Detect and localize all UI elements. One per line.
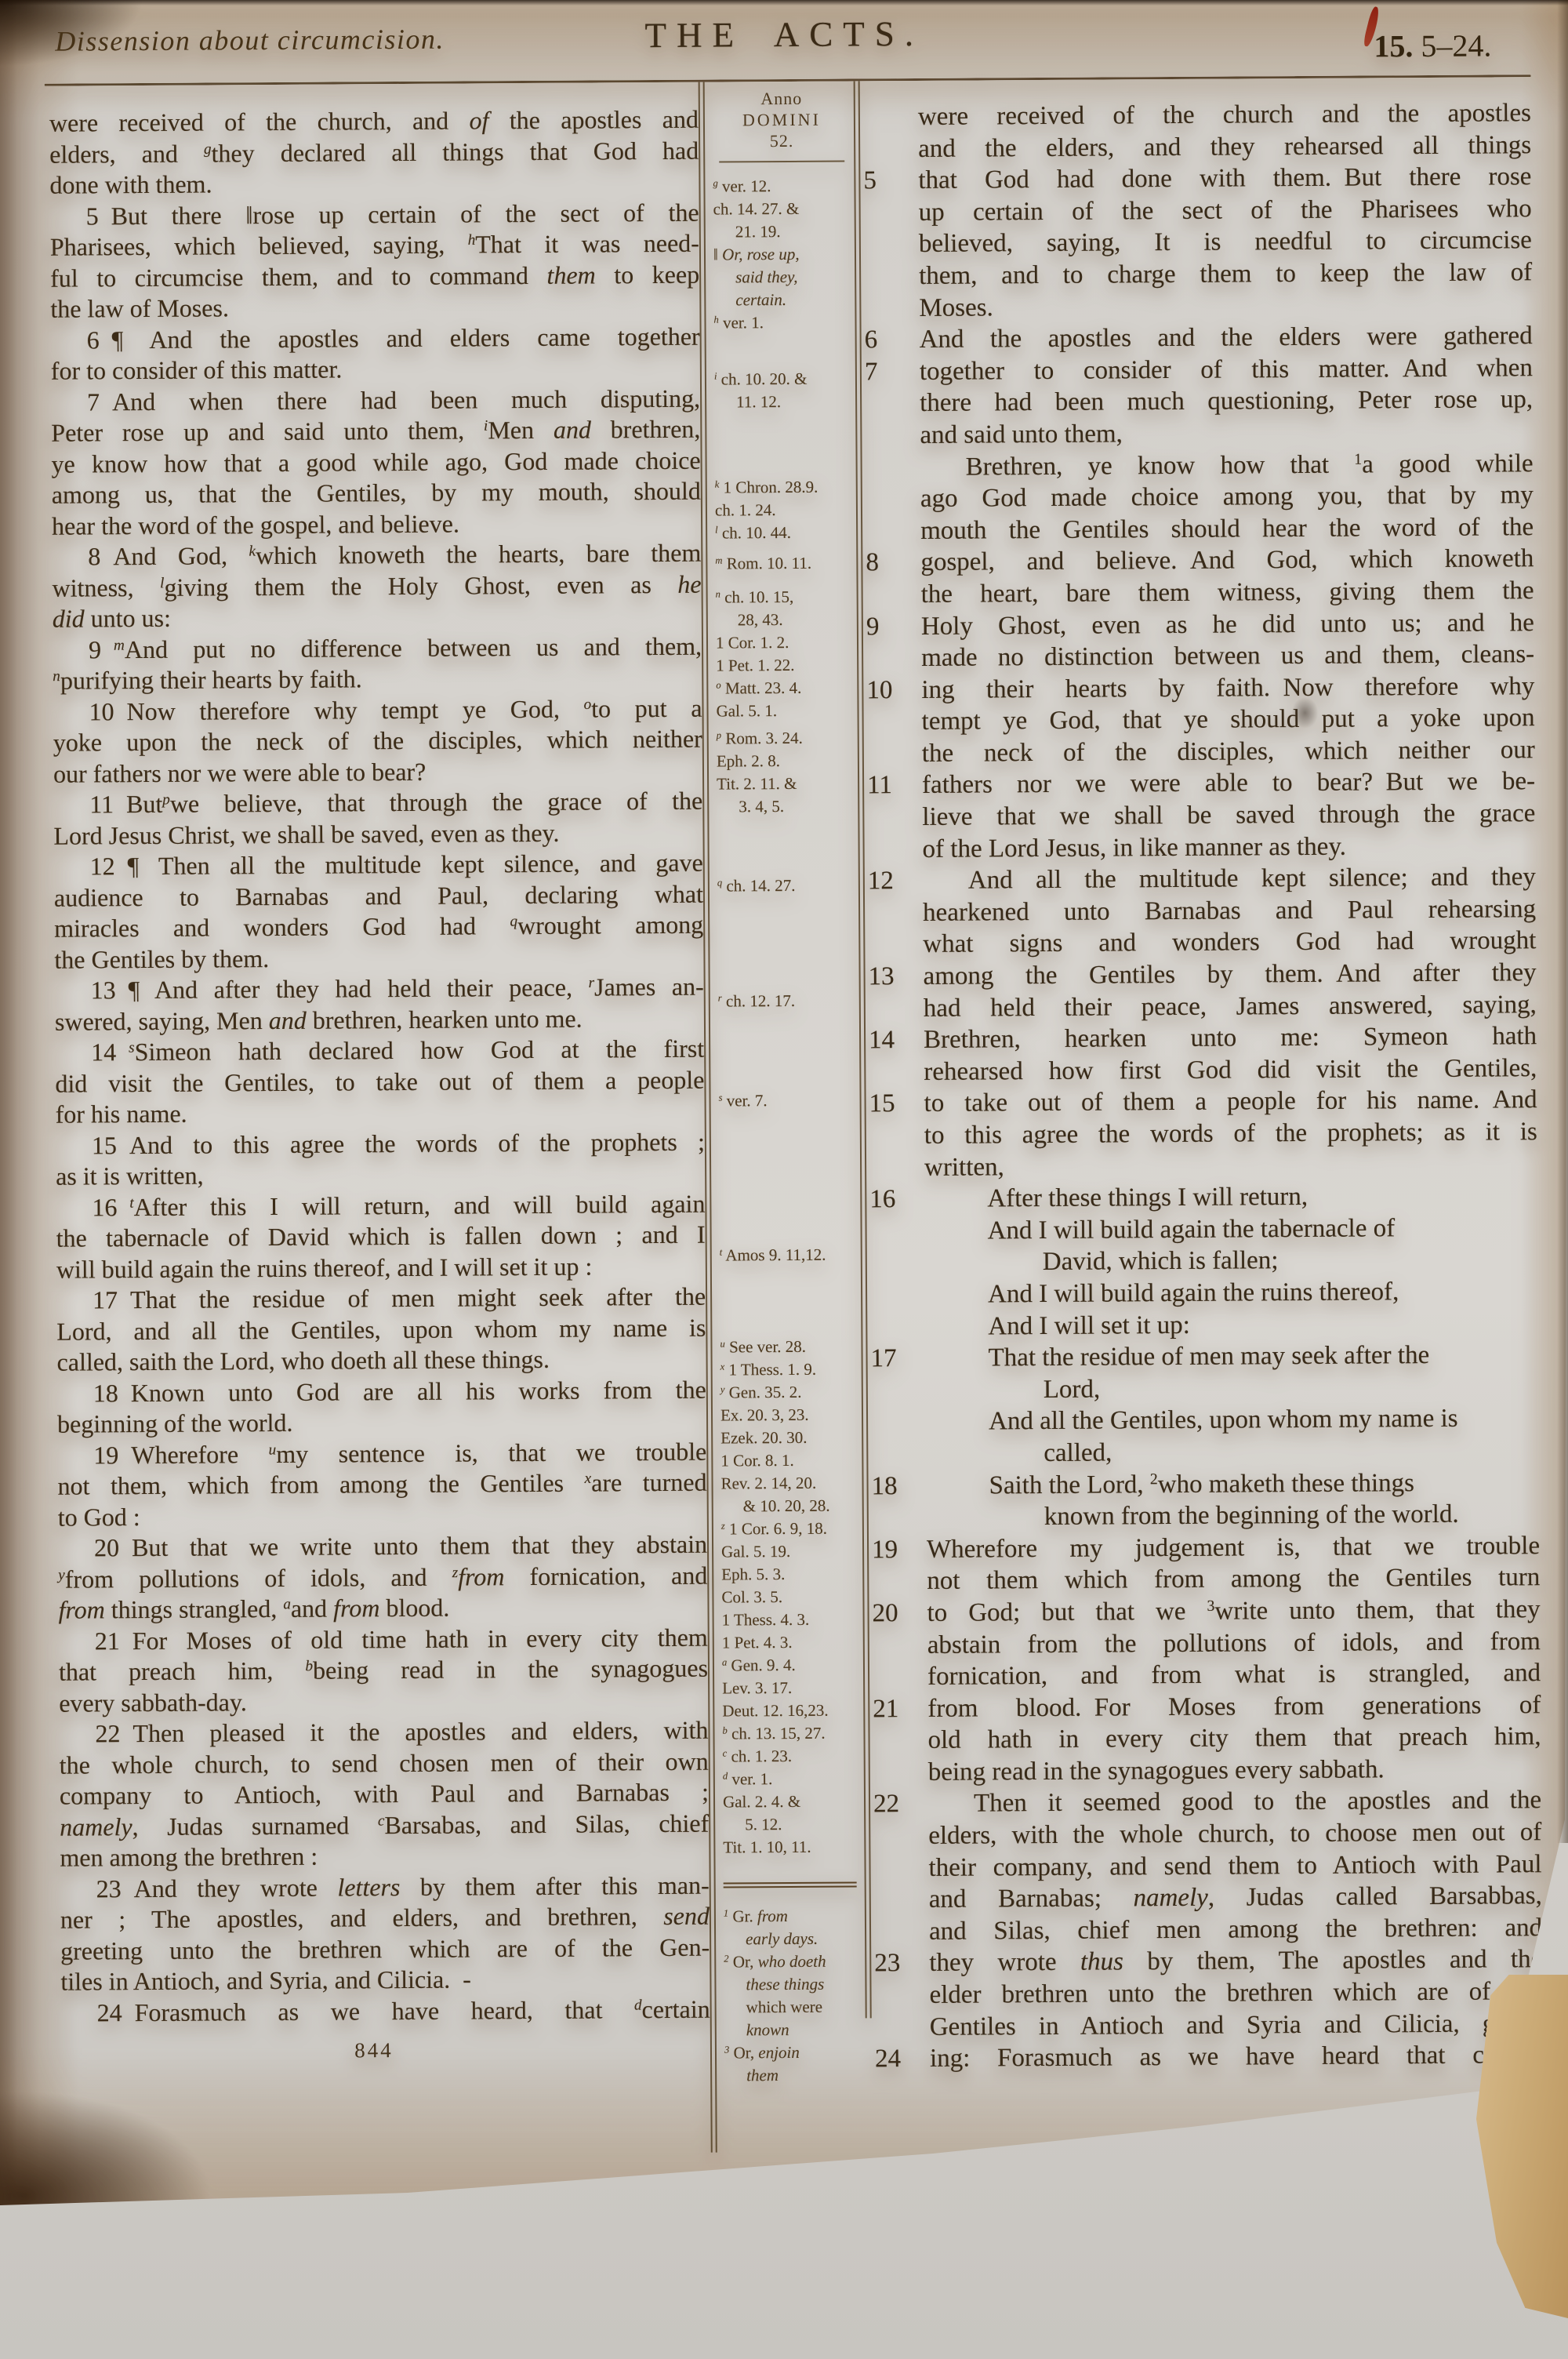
kjv-line-text: the tabernacle of David which is fallen … <box>56 1220 706 1252</box>
page-title: THE ACTS. <box>0 9 1568 60</box>
rv-line-text: Gentiles in Antioch and Syria and Cilici… <box>930 2009 1543 2041</box>
rv-line-text: mouth the Gentiles should hear the word … <box>920 513 1534 545</box>
verse-number: 9 <box>866 610 915 642</box>
kjv-line-text: 14 sSimeon hath declared how God at the … <box>91 1034 704 1067</box>
kjv-line: did unto us: <box>53 600 702 635</box>
verse-number: 16 <box>869 1183 918 1216</box>
margin-ref: Lev. 3. 17. <box>722 1676 860 1699</box>
kjv-line: audience to Barnabas and Paul, declaring… <box>54 878 703 914</box>
verse-number: 15 <box>869 1088 917 1120</box>
rv-line: 17That the residue of men may seek after… <box>925 1339 1538 1374</box>
margin-ref-text: x 1 Thess. 1. 9. <box>720 1360 817 1379</box>
kjv-line: 17 That the residue of men might seek af… <box>56 1281 706 1317</box>
margin-ref-text: Col. 3. 5. <box>721 1587 782 1606</box>
rv-line-text: believed, saying, It is needful to circu… <box>919 227 1532 259</box>
rv-line: 15to take out of them a people for his n… <box>924 1085 1537 1120</box>
rv-line: them, and to charge them to keep the law… <box>919 256 1532 292</box>
rv-line: elders, with the whole church, to choose… <box>928 1816 1541 1852</box>
kjv-line: Lord, and all the Gentiles, upon whom my… <box>56 1312 706 1347</box>
rv-line: And I will set it up: <box>925 1307 1538 1343</box>
rv-line-text: Moses. <box>919 293 993 322</box>
margin-ref: d ver. 1. <box>723 1767 861 1790</box>
kjv-line-text: to God : <box>58 1503 140 1532</box>
verse-number: 14 <box>869 1024 917 1056</box>
margin-ref: Gal. 2. 4. & <box>723 1790 861 1813</box>
rv-line-text: tempt ye God, that ye should put a yoke … <box>922 703 1535 736</box>
margin-ref: n ch. 10. 15, <box>716 585 854 609</box>
rv-line: fornication, and from what is strangled,… <box>927 1657 1541 1692</box>
rv-line: lieve that we shall be saved through the… <box>922 798 1535 833</box>
margin-ref: a Gen. 9. 4. <box>722 1653 860 1677</box>
margin-ref-text: 11. 12. <box>736 392 781 411</box>
kjv-line-text: company to Antioch, with Paul and Barnab… <box>60 1778 709 1810</box>
kjv-line: the law of Moses. <box>50 290 699 325</box>
margin-ref-text: these things <box>746 1975 824 1994</box>
kjv-line: tiles in Antioch, and Syria, and Cilicia… <box>60 1963 710 1998</box>
rv-line: believed, saying, It is needful to circu… <box>919 225 1532 260</box>
rv-line-text: Lord, <box>1044 1375 1101 1403</box>
margin-ref-text: early days. <box>746 1929 818 1949</box>
margin-ref-text: Ex. 20. 3, 23. <box>720 1405 809 1425</box>
kjv-line-text: yoke upon the neck of the disciples, whi… <box>53 725 702 757</box>
kjv-line: men among the brethren : <box>60 1839 709 1874</box>
kjv-line: 9 mAnd put no difference between us and … <box>53 631 702 666</box>
margin-ref-text: Gal. 2. 4. & <box>723 1792 800 1812</box>
kjv-line-text: ye know how that a good while ago, God m… <box>51 445 700 478</box>
kjv-line-text: Pharisees, which believed, saying, hThat… <box>50 229 699 261</box>
kjv-line: swered, saying, Men and brethren, hearke… <box>55 1002 704 1038</box>
kjv-line-text: witness, lgiving them the Holy Ghost, ev… <box>52 569 701 602</box>
margin-ref-text: o Matt. 23. 4. <box>716 678 801 698</box>
kjv-line: 13 ¶ And after they had held their peace… <box>55 972 704 1007</box>
rv-line: and Silas, chief men among the brethren:… <box>929 1912 1542 1947</box>
kjv-line-text: 6 ¶ And the apostles and elders came tog… <box>87 322 700 354</box>
margin-ref-text: ‖ Or, rose up, <box>713 245 800 264</box>
margin-ref: y Gen. 35. 2. <box>720 1380 858 1404</box>
margin-ref: p Rom. 3. 24. <box>717 726 855 750</box>
verse-number: 21 <box>873 1693 921 1725</box>
rv-line: 24ing: Forasmuch as we have heard that c… <box>930 2039 1543 2074</box>
margin-ref-text: them <box>746 2066 779 2085</box>
kjv-line-text: 7 And when there had been much disputing… <box>87 383 700 416</box>
kjv-line: as it is written, <box>56 1158 705 1193</box>
verse-range: 5–24. <box>1421 27 1491 64</box>
rv-line-text: to this agree the words of the prophets;… <box>924 1118 1537 1150</box>
margin-reference-column: Anno DOMINI 52. g ver. 12.ch. 14. 27. &2… <box>713 87 863 2087</box>
kjv-line-text: that preach him, bbeing read in the syna… <box>59 1654 708 1686</box>
margin-ref: 28, 43. <box>716 608 854 631</box>
kjv-line-text: hear the word of the gospel, and believe… <box>52 509 459 540</box>
margin-ref-text: Deut. 12. 16,23. <box>722 1701 828 1721</box>
rv-line-text: old hath in every city them that preach … <box>927 1722 1541 1754</box>
kjv-line-text: every sabbath-day. <box>59 1688 247 1717</box>
margin-ref-text: u See ver. 28. <box>720 1337 806 1357</box>
rv-line-text: elder brethren unto the brethren which a… <box>929 1977 1542 2009</box>
rv-line-text: written, <box>924 1153 1004 1182</box>
rv-line-text: them, and to charge them to keep the law… <box>919 258 1532 290</box>
margin-ref-text: 2 Or, who doeth <box>724 1952 826 1972</box>
rv-line-text: being read in the synagogues every sabba… <box>928 1755 1385 1787</box>
margin-ref-text: q ch. 14. 27. <box>717 876 796 896</box>
margin-ref-text: certain. <box>735 290 786 309</box>
verse-number: 6 <box>865 324 913 356</box>
double-rule <box>724 1881 857 1888</box>
margin-ref-text: g ver. 12. <box>713 176 771 195</box>
margin-ref: known <box>724 2018 862 2041</box>
margin-ref: these things <box>724 1972 862 1996</box>
kjv-line: 14 sSimeon hath declared how God at the … <box>55 1034 704 1069</box>
rv-line: 6And the apostles and the elders were ga… <box>920 320 1533 355</box>
rv-line-text: the heart, bare them witness, giving the… <box>921 576 1534 609</box>
margin-ref-text: 1 Gr. from <box>724 1906 788 1926</box>
margin-ref: 1 Gr. from <box>724 1904 862 1928</box>
margin-ref: u See ver. 28. <box>720 1335 858 1358</box>
rv-line-text: they wrote thus by them, The apostles an… <box>929 1946 1542 1978</box>
rv-line-text: there had been much questioning, Peter r… <box>920 386 1533 418</box>
rv-line-text: together to consider of this matter. And… <box>920 354 1533 386</box>
rv-line-text: and the elders, and they rehearsed all t… <box>918 131 1531 163</box>
margin-ref: 1 Cor. 1. 2. <box>716 631 854 654</box>
rv-line-text: not them which from among the Gentiles t… <box>927 1563 1540 1595</box>
kjv-line: 21 For Moses of old time hath in every c… <box>59 1622 708 1657</box>
rv-line-text: Brethren, hearken unto me: Symeon hath <box>924 1022 1537 1054</box>
rv-line-text: After these things I will return, <box>987 1183 1308 1212</box>
chapter-number: 15. <box>1374 28 1413 64</box>
kjv-line-text: greeting unto the brethren which are of … <box>60 1932 710 1965</box>
margin-ref: Ex. 20. 3, 23. <box>720 1403 858 1427</box>
verse-number: 22 <box>873 1788 922 1820</box>
rv-text-column: were received of the church and the apos… <box>918 97 1543 2075</box>
kjv-line: 6 ¶ And the apostles and elders came tog… <box>51 321 700 356</box>
margin-ref: b ch. 13. 15, 27. <box>722 1721 860 1745</box>
kjv-line: beginning of the world. <box>57 1405 706 1441</box>
rv-line: David, which is fallen; <box>925 1244 1538 1279</box>
rv-line: 21from blood. For Moses from generations… <box>927 1689 1541 1725</box>
rv-line: 11fathers nor we were able to bear? But … <box>922 766 1535 801</box>
margin-ref: 1 Pet. 4. 3. <box>722 1630 860 1654</box>
margin-ref-text: m Rom. 10. 11. <box>715 554 811 573</box>
margin-ref: 3. 4, 5. <box>717 794 855 818</box>
kjv-line-text: for to consider of this matter. <box>51 354 343 384</box>
kjv-line: from things strangled, aand from blood. <box>58 1591 707 1627</box>
margin-ref-text: Ezek. 20. 30. <box>720 1428 807 1448</box>
margin-ref: g ver. 12. <box>713 174 851 198</box>
rv-line: of the Lord Jesus, in like manner as the… <box>922 830 1535 865</box>
rv-line: 10ing their hearts by faith. Now therefo… <box>921 671 1534 706</box>
margin-ref: 3 Or, enjoin <box>724 2041 862 2064</box>
rv-line: mouth the Gentiles should hear the word … <box>920 511 1534 547</box>
kjv-line: the Gentiles by them. <box>54 940 703 976</box>
rv-line-text: David, which is fallen; <box>1043 1247 1279 1277</box>
margin-ref: 11. 12. <box>714 390 852 413</box>
margin-ref-text: 3 Or, enjoin <box>724 2043 800 2063</box>
kjv-line: 15 And to this agree the words of the pr… <box>56 1126 705 1161</box>
kjv-line-text: miracles and wonders God had qwrought am… <box>54 911 703 943</box>
kjv-line: were received of the church, and of the … <box>49 104 699 140</box>
verse-number: 11 <box>867 769 916 801</box>
rv-line-text: known from the beginning of the world. <box>1044 1500 1459 1531</box>
rv-line: 9Holy Ghost, even as he did unto us; and… <box>921 607 1534 642</box>
margin-ref-text: b ch. 13. 15, 27. <box>722 1724 825 1743</box>
kjv-line-text: done with them. <box>49 169 212 198</box>
kjv-line: the tabernacle of David which is fallen … <box>56 1219 706 1255</box>
rv-line: 23they wrote thus by them, The apostles … <box>929 1944 1542 1979</box>
margin-ref: o Matt. 23. 4. <box>716 676 854 700</box>
margin-ref: Gal. 5. 19. <box>721 1539 859 1563</box>
kjv-line: done with them. <box>49 166 699 202</box>
rv-line: And I will build again the ruins thereof… <box>925 1275 1538 1310</box>
kjv-line: yoke upon the neck of the disciples, whi… <box>53 724 702 759</box>
kjv-line: witness, lgiving them the Holy Ghost, ev… <box>52 569 701 604</box>
rv-line-text: made no distinction between us and them,… <box>921 640 1534 672</box>
rv-line-text: And all the Gentiles, upon whom my name … <box>989 1405 1458 1436</box>
kjv-line-text: 10 Now therefore why tempt ye God, oto p… <box>89 693 702 725</box>
rv-line: Lord, <box>926 1371 1539 1406</box>
margin-ref: l ch. 10. 44. <box>715 521 853 544</box>
kjv-line: Pharisees, which believed, saying, hThat… <box>50 228 699 264</box>
verse-number: 13 <box>868 961 916 993</box>
page-content: Dissension about circumcision. THE ACTS.… <box>0 0 1568 2224</box>
rv-line: hearkened unto Barnabas and Paul rehears… <box>923 893 1536 929</box>
rv-line: 12And all the multitude kept silence; an… <box>923 861 1536 896</box>
rv-line-text: called, <box>1044 1438 1112 1467</box>
verse-number: 18 <box>871 1470 920 1503</box>
rv-line-text: ago God made choice among you, that by m… <box>920 481 1534 513</box>
rv-line-text: up certain of the sect of the Pharisees … <box>919 194 1532 227</box>
rv-line: called, <box>926 1434 1539 1470</box>
kjv-line-text: our fathers nor we were able to bear? <box>53 757 426 787</box>
page-number: 844 <box>299 2038 448 2063</box>
margin-ref: 5. 12. <box>723 1812 861 1836</box>
verse-number: 19 <box>872 1534 920 1566</box>
margin-ref-text: 1 Cor. 1. 2. <box>716 633 789 652</box>
margin-ref: r ch. 12. 17. <box>718 989 856 1012</box>
margin-ref-text: Eph. 2. 8. <box>717 751 780 770</box>
rv-line-text: had held their peace, James answered, sa… <box>924 990 1537 1023</box>
kjv-line: for his name. <box>56 1096 705 1131</box>
kjv-line: 19 Wherefore umy sentence is, that we tr… <box>57 1436 706 1471</box>
kjv-line-text: from things strangled, aand from blood. <box>58 1594 449 1624</box>
kjv-line-text: audience to Barnabas and Paul, declaring… <box>54 879 703 911</box>
rv-line-text: from blood. For Moses from generations o… <box>927 1691 1541 1723</box>
margin-ref: q ch. 14. 27. <box>717 874 855 897</box>
kjv-line-text: swered, saying, Men and brethren, hearke… <box>55 1004 583 1035</box>
kjv-line: namely, Judas surnamed cBarsabas, and Si… <box>60 1808 709 1843</box>
margin-ref: Tit. 2. 11. & <box>717 772 855 795</box>
rv-line-text: gospel, and believe. And God, which know… <box>920 544 1534 576</box>
kjv-line: 20 But that we write unto them that they… <box>58 1529 707 1565</box>
kjv-line-text: the whole church, to send chosen men of … <box>60 1747 709 1779</box>
rv-line-text: Then it seemed good to the apostles and … <box>974 1787 1541 1818</box>
kjv-line: our fathers nor we were able to bear? <box>53 754 702 790</box>
header-rule <box>45 75 1531 86</box>
kjv-line-text: the law of Moses. <box>50 293 229 322</box>
rv-line: rehearsed how first God did visit the Ge… <box>924 1052 1537 1088</box>
kjv-line-text: 18 Known unto God are all his works from… <box>93 1375 706 1407</box>
kjv-line-text: Lord Jesus Christ, we shall be saved, ev… <box>53 818 559 849</box>
anno-line: DOMINI <box>713 108 851 130</box>
margin-ref-text: Tit. 1. 10, 11. <box>723 1837 811 1857</box>
margin-ref-text: i ch. 10. 20. & <box>714 369 808 389</box>
margin-ref-text: 21. 19. <box>735 222 781 241</box>
kjv-line: did visit the Gentiles, to take out of t… <box>55 1064 704 1100</box>
kjv-line: 24 Forasmuch as we have heard, that dcer… <box>61 1994 710 2029</box>
margin-ref-text: 1 Pet. 1. 22. <box>716 656 794 675</box>
rv-line-text: to take out of them a people for his nam… <box>924 1086 1537 1118</box>
kjv-line: npurifying their hearts by faith. <box>53 662 702 697</box>
margin-ref: ch. 1. 24. <box>715 498 853 522</box>
rv-line: the neck of the disciples, which neither… <box>922 734 1535 769</box>
margin-ref-text: Gal. 5. 1. <box>716 701 777 720</box>
rv-line-text: Brethren, ye know how that 1a good while <box>966 449 1534 481</box>
margin-ref-text: l ch. 10. 44. <box>715 523 791 543</box>
anno-line: Anno <box>713 87 851 109</box>
rv-line: what signs and wonders God had wrought <box>923 925 1536 961</box>
margin-ref-text: k 1 Chron. 28.9. <box>715 478 818 497</box>
margin-ref: ch. 14. 27. & <box>713 197 851 220</box>
kjv-line: 16 tAfter this I will return, and will b… <box>56 1188 705 1223</box>
margin-ref-text: n ch. 10. 15, <box>716 587 794 607</box>
book-page: Dissension about circumcision. THE ACTS.… <box>0 0 1568 2219</box>
chapter-verse-ref: 15. 5–24. <box>1374 27 1491 64</box>
kjv-line-text: 12 ¶ Then all the multitude kept silence… <box>90 849 703 881</box>
kjv-line: ful to circumcise them, and to command t… <box>50 259 699 294</box>
verse-number: 23 <box>874 1947 923 1979</box>
kjv-line-text: men among the brethren : <box>60 1842 318 1872</box>
kjv-line: for to consider of this matter. <box>51 352 700 387</box>
kjv-line-text: 8 And God, kwhich knoweth the hearts, ba… <box>88 539 701 571</box>
kjv-line: will build again the ruins thereof, and … <box>56 1250 706 1285</box>
rv-line-text: fornication, and from what is strangled,… <box>927 1659 1541 1691</box>
kjv-line-text: namely, Judas surnamed cBarsabas, and Si… <box>60 1808 709 1841</box>
kjv-line-text: will build again the ruins thereof, and … <box>56 1252 593 1283</box>
margin-ref: s ver. 7. <box>718 1089 856 1112</box>
margin-ref: Col. 3. 5. <box>721 1585 859 1608</box>
verse-number: 8 <box>866 547 914 579</box>
kjv-line: 8 And God, kwhich knoweth the hearts, ba… <box>52 538 701 573</box>
kjv-line: 10 Now therefore why tempt ye God, oto p… <box>53 692 702 728</box>
kjv-line: that preach him, bbeing read in the syna… <box>59 1653 708 1688</box>
kjv-line-text: as it is written, <box>56 1161 204 1190</box>
rv-line-text: fathers nor we were able to bear? But we… <box>922 768 1535 800</box>
kjv-line-text: Peter rose up and said unto them, iMen a… <box>51 415 700 447</box>
rv-line: abstain from the pollutions of idols, an… <box>927 1626 1541 1661</box>
rv-line: and Barnabas; namely, Judas called Barsa… <box>929 1880 1542 1915</box>
kjv-line: yfrom pollutions of idols, and zfrom for… <box>58 1560 707 1595</box>
kjv-line-text: tiles in Antioch, and Syria, and Cilicia… <box>60 1965 471 1995</box>
kjv-line: miracles and wonders God had qwrought am… <box>54 910 703 945</box>
kjv-text-column: were received of the church, and of the … <box>49 104 710 2029</box>
kjv-line: 23 And they wrote letters by them after … <box>60 1870 710 1905</box>
margin-ref: Eph. 5. 3. <box>721 1562 859 1586</box>
margin-ref-text: Lev. 3. 17. <box>722 1678 792 1698</box>
rv-line: 7together to consider of this matter. An… <box>920 352 1533 387</box>
margin-ref: early days. <box>724 1927 862 1950</box>
verse-number: 17 <box>870 1343 919 1375</box>
kjv-line: the whole church, to send chosen men of … <box>60 1746 709 1781</box>
kjv-line-text: were received of the church, and of the … <box>49 105 699 137</box>
anno-domini-heading: Anno DOMINI 52. <box>713 87 851 151</box>
kjv-line: among us, that the Gentiles, by my mouth… <box>52 476 701 511</box>
rv-line-text: And all the multitude kept silence; and … <box>968 863 1536 894</box>
rv-line: to this agree the words of the prophets;… <box>924 1116 1537 1151</box>
kjv-line: 5 But there ‖rose up certain of the sect… <box>50 197 699 232</box>
kjv-line-text: 19 Wherefore umy sentence is, that we tr… <box>93 1437 706 1469</box>
verse-number: 24 <box>875 2043 924 2075</box>
kjv-line: not them, which from among the Gentiles … <box>57 1467 706 1503</box>
rv-line: their company, and send them to Antioch … <box>928 1848 1541 1884</box>
margin-ref: k 1 Chron. 28.9. <box>715 475 853 499</box>
margin-ref-text: Rev. 2. 14, 20. <box>720 1474 816 1493</box>
kjv-line-text: the Gentiles by them. <box>54 944 269 974</box>
kjv-line-text: Lord, and all the Gentiles, upon whom my… <box>56 1313 706 1345</box>
kjv-line-text: for his name. <box>56 1100 187 1129</box>
rv-line-text: to God; but that we 3write unto them, th… <box>927 1595 1540 1627</box>
kjv-line-text: yfrom pollutions of idols, and zfrom for… <box>58 1561 707 1593</box>
kjv-line-text: 13 ¶ And after they had held their peace… <box>91 972 704 1005</box>
kjv-line: ye know how that a good while ago, God m… <box>51 445 700 480</box>
rv-line-text: hearkened unto Barnabas and Paul rehears… <box>923 895 1536 927</box>
ink-blot <box>1291 697 1318 729</box>
kjv-line-text: 5 But there ‖rose up certain of the sect… <box>86 198 699 230</box>
margin-ref-text: 3. 4, 5. <box>739 797 784 816</box>
verse-number: 5 <box>863 165 912 197</box>
rv-line-text: among the Gentiles by them. And after th… <box>923 958 1536 990</box>
rv-line-text: And I will set it up: <box>988 1310 1190 1340</box>
rv-line: Brethren, ye know how that 1a good while <box>920 448 1534 483</box>
rv-line-text: abstain from the pollutions of idols, an… <box>927 1627 1541 1659</box>
margin-ref-text: 1 Thess. 4. 3. <box>722 1610 810 1630</box>
rv-line-text: Wherefore my judgement is, that we troub… <box>927 1532 1540 1564</box>
margin-ref: 2 Or, who doeth <box>724 1950 862 1973</box>
kjv-line-text: beginning of the world. <box>57 1408 293 1438</box>
rv-line-text: And I will build again the ruins thereof… <box>988 1278 1399 1308</box>
margin-ref: Tit. 1. 10, 11. <box>723 1835 861 1859</box>
kjv-line: 22 Then pleased it the apostles and elde… <box>59 1715 708 1750</box>
kjv-line-text: ful to circumcise them, and to command t… <box>50 260 699 292</box>
rv-line-text: rehearsed how first God did visit the Ge… <box>924 1054 1537 1086</box>
margin-ref: x 1 Thess. 1. 9. <box>720 1358 858 1381</box>
rv-line: 19Wherefore my judgement is, that we tro… <box>927 1530 1540 1565</box>
margin-ref-text: ch. 1. 24. <box>715 500 776 519</box>
margin-ref-text: 5. 12. <box>745 1815 782 1834</box>
margin-ref: said they, <box>713 265 851 289</box>
kjv-line-text: 16 tAfter this I will return, and will b… <box>92 1189 705 1221</box>
margin-ref-text: c ch. 1. 23. <box>723 1747 793 1766</box>
margin-ref: Eph. 2. 8. <box>717 749 855 772</box>
margin-ref-text: s ver. 7. <box>718 1091 767 1110</box>
rv-line-text: were received of the church and the apos… <box>918 99 1531 131</box>
margin-ref: 1 Thess. 4. 3. <box>722 1608 860 1631</box>
rv-line-text: And I will build again the tabernacle of <box>987 1214 1395 1245</box>
margin-ref: ‖ Or, rose up, <box>713 242 851 266</box>
margin-ref-text: 28, 43. <box>738 610 783 629</box>
kjv-line: 11 Butpwe believe, that through the grac… <box>53 786 702 821</box>
kjv-line: ner ; The apostles, and elders, and bret… <box>60 1901 710 1936</box>
margin-ref: which were <box>724 1995 862 2019</box>
rv-line-text: elders, with the whole church, to choose… <box>928 1818 1541 1850</box>
rv-line: the heart, bare them witness, giving the… <box>921 575 1534 610</box>
margin-ref: t Amos 9. 11,12. <box>720 1243 858 1267</box>
rv-line-text: And the apostles and the elders were gat… <box>920 322 1533 354</box>
kjv-line-text: 21 For Moses of old time hath in every c… <box>95 1623 708 1655</box>
kjv-line-text: ner ; The apostles, and elders, and bret… <box>60 1902 710 1934</box>
margin-ref-text: & 10. 20, 28. <box>743 1496 830 1516</box>
verse-number: 20 <box>872 1598 920 1630</box>
kjv-line-text: 15 And to this agree the words of the pr… <box>92 1127 705 1159</box>
margin-ref-text: r ch. 12. 17. <box>718 991 795 1011</box>
margin-ref-text: which were <box>746 1997 823 2017</box>
